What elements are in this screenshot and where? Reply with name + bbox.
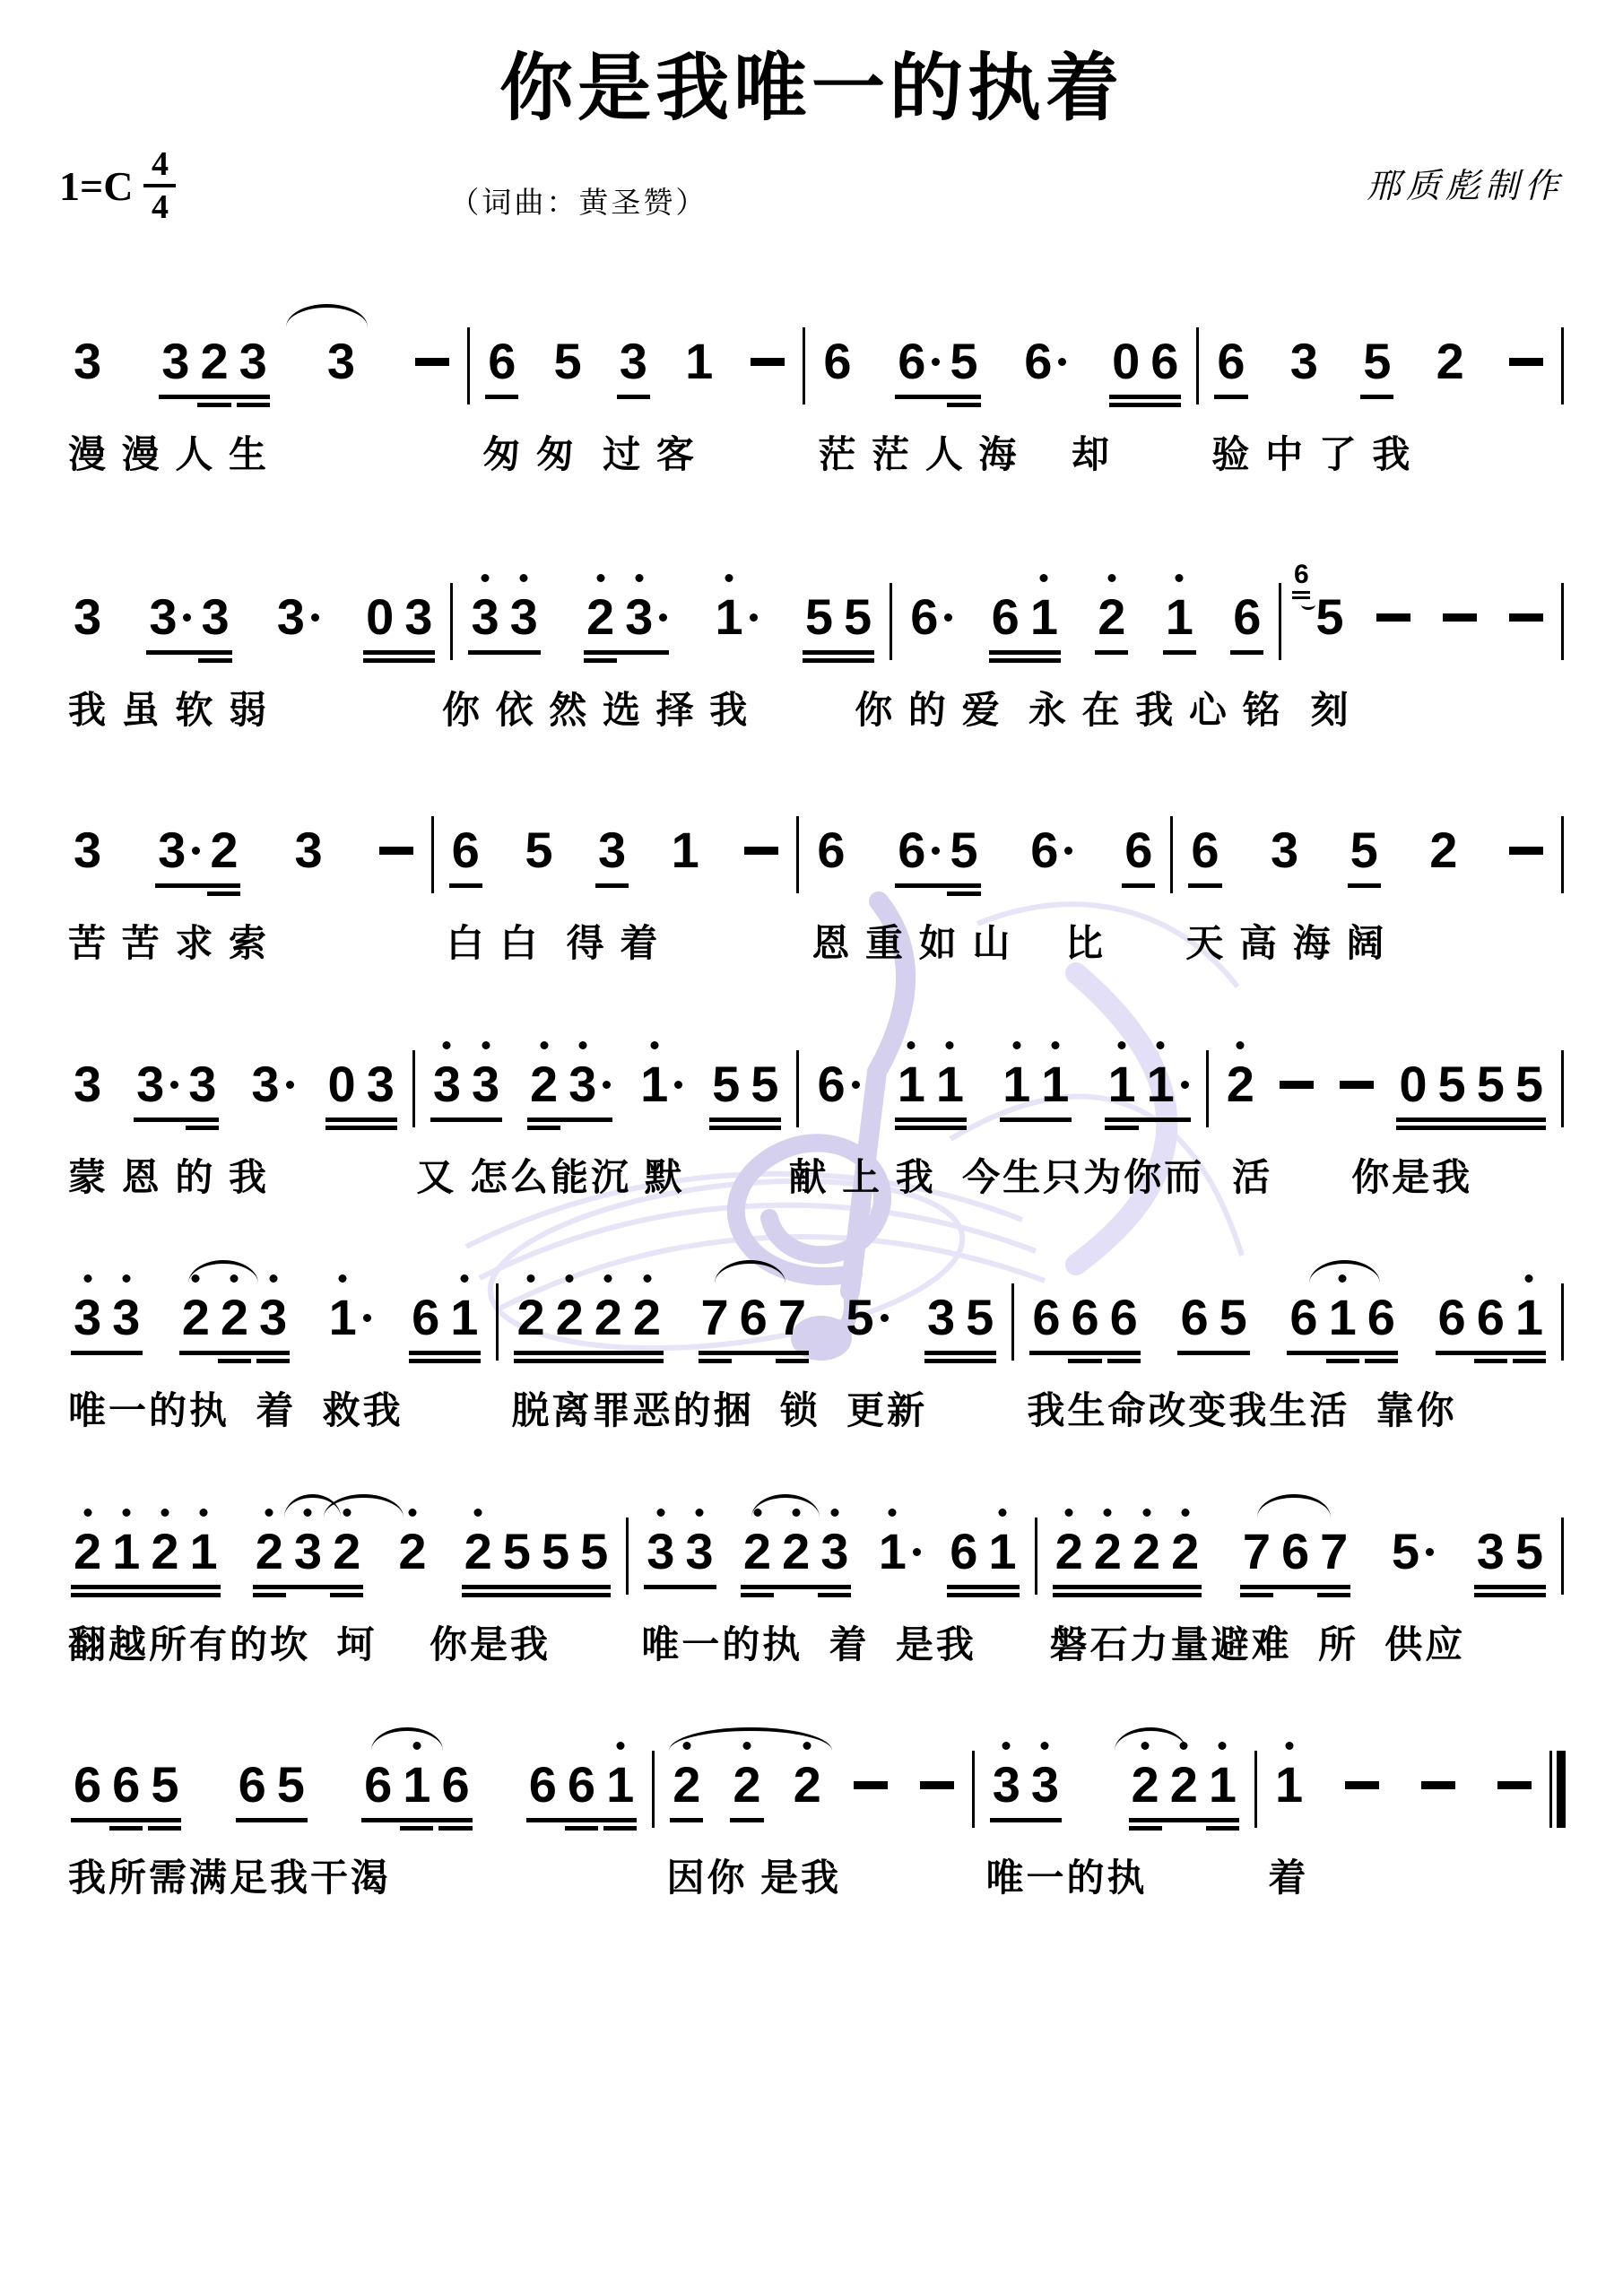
beam-underline <box>1326 1359 1359 1363</box>
beam-underline <box>1360 395 1393 399</box>
beam-group <box>915 1781 959 1833</box>
notation-line: 3323365316656066352漫 漫 人 生匆 匆 过 客茫 茫 人 海… <box>57 327 1566 479</box>
beam-underline <box>709 1126 781 1130</box>
note: 1 <box>666 822 705 879</box>
barline <box>1561 1283 1564 1361</box>
beam-group <box>1274 1081 1319 1133</box>
lyrics-text: 我 虽 软 弱 <box>57 687 425 735</box>
note: 3 <box>246 1056 284 1113</box>
beam-group: 0555 <box>1393 1056 1549 1133</box>
augmentation-dot <box>1064 847 1072 855</box>
beam-underline <box>1188 883 1221 888</box>
note: 5 <box>519 822 558 879</box>
beam-group: 23 <box>581 588 672 665</box>
beam-underline <box>947 1593 1019 1597</box>
beam-underline <box>71 1593 221 1597</box>
measure: 33223161 <box>630 1523 1032 1600</box>
note: 5 <box>272 1756 310 1813</box>
notation-line: 33236531665666352苦 苦 求 索白 白 得 着恩 重 如 山 比… <box>57 816 1566 968</box>
barline-spacer <box>1217 1154 1219 1202</box>
beam-group: 5 <box>549 333 587 410</box>
beam-group: 3 <box>68 588 107 665</box>
meter-denominator: 4 <box>152 190 169 224</box>
note: 7 <box>1315 1523 1353 1580</box>
octave-dot <box>1107 574 1115 582</box>
octave-dot <box>540 1041 548 1049</box>
beam-group: 2222 <box>511 1289 666 1366</box>
note: 2 <box>1126 1756 1165 1813</box>
barline <box>652 1751 655 1828</box>
note: 5 <box>498 1523 536 1580</box>
octave-dot <box>656 1509 664 1517</box>
beam-group: 3 <box>246 1056 298 1133</box>
barline <box>467 327 470 404</box>
augmentation-dot <box>674 1081 682 1089</box>
beam-group: 61 <box>406 1289 483 1366</box>
octave-dot <box>999 1509 1007 1517</box>
barline-spacer <box>431 920 434 968</box>
measure: 3323 <box>57 822 430 899</box>
octave-dot <box>1285 1742 1293 1750</box>
beam-underline <box>1163 650 1196 655</box>
beam-underline <box>1109 395 1181 399</box>
beam-group: 1 <box>1270 1756 1308 1833</box>
beam-group: 32 <box>152 822 243 899</box>
notes-row: 212123222555332231612222767535 <box>57 1518 1566 1600</box>
note: 2 <box>393 1523 431 1580</box>
note: 5 <box>1358 333 1396 390</box>
note: 2 <box>1089 1523 1127 1580</box>
note: 3 <box>987 1756 1026 1813</box>
beam-group: 3 <box>68 333 107 410</box>
beam-group: 5 <box>1345 822 1384 899</box>
measure: 661216 <box>894 588 1277 665</box>
barline <box>890 583 892 660</box>
beam-group: 1 <box>324 1289 376 1366</box>
note: 0 <box>323 1056 361 1113</box>
key-label: 1=C <box>59 162 133 210</box>
beam-underline <box>330 1593 363 1597</box>
beam-underline <box>363 650 435 655</box>
beam-group: 2 <box>393 1523 431 1600</box>
note: 6 <box>482 333 521 390</box>
measure: 66566 <box>801 822 1168 899</box>
note: 7 <box>696 1289 734 1346</box>
note: 6 <box>1471 1289 1510 1346</box>
notation-line: 33223161222276753566665616661唯一的执 着 救我脱离… <box>57 1283 1566 1435</box>
note: 6 <box>1185 822 1224 879</box>
measure: 20555 <box>1211 1056 1559 1133</box>
beam-underline <box>803 650 874 655</box>
beam-group: 2555 <box>459 1523 614 1600</box>
octave-dot <box>889 1509 897 1517</box>
notation-line: 212123222555332231612222767535翻越所有的坎 坷 你… <box>57 1518 1566 1669</box>
lyrics-text: 你 依 然 选 择 我 <box>431 687 838 735</box>
note: 6 <box>818 333 856 390</box>
beam-underline <box>186 1126 219 1130</box>
note: 6 <box>406 1289 445 1346</box>
note: 5 <box>840 1289 879 1346</box>
augmentation-dot <box>1058 358 1066 366</box>
beam-group: 6 <box>447 822 485 899</box>
lyrics-text: 你 的 爱 永 在 我 心 铭 <box>844 687 1293 735</box>
note: 6 <box>1175 1289 1213 1346</box>
beam-underline <box>363 658 435 663</box>
beam-group: 2 <box>1431 333 1470 410</box>
barline-spacer <box>1561 1154 1564 1202</box>
beam-group: 767 <box>1237 1523 1353 1600</box>
note: 5 <box>745 1056 784 1113</box>
beam-group: 61 <box>986 588 1063 665</box>
beam-group: 3 <box>68 1056 107 1133</box>
beam-group: 665 <box>68 1756 184 1833</box>
note: 5 <box>838 588 877 646</box>
note: 2 <box>215 1289 254 1346</box>
beam-underline <box>462 1585 612 1589</box>
barline <box>796 816 799 893</box>
note: 5 <box>944 333 983 390</box>
octave-dot <box>520 574 528 582</box>
octave-dot <box>1237 1041 1245 1049</box>
note: 5 <box>1471 1056 1510 1113</box>
grace-digit: 6 <box>1294 561 1309 588</box>
measure: 65 <box>1283 561 1559 665</box>
final-barline-thin <box>1549 1751 1552 1828</box>
note: 6 <box>1019 333 1057 390</box>
barline <box>796 1050 799 1127</box>
octave-dot <box>635 574 643 582</box>
note: 1 <box>680 333 718 390</box>
beam-group: 11 <box>997 1056 1074 1133</box>
beam-group <box>1504 358 1549 410</box>
beam-group: 11 <box>1102 1056 1193 1133</box>
barline <box>1561 1050 1564 1127</box>
notation-score: 3323365316656066352漫 漫 人 生匆 匆 过 客茫 茫 人 海… <box>57 327 1566 1902</box>
maker-credit: 邢质彪制作 <box>1367 158 1564 207</box>
beam-group: 33 <box>987 1756 1064 1833</box>
octave-dot <box>1040 574 1048 582</box>
beam-underline <box>71 1818 181 1822</box>
barline <box>1561 1518 1564 1595</box>
note: 3 <box>183 1056 221 1113</box>
note: 3 <box>68 822 107 879</box>
beam-group: 65 <box>1294 561 1349 665</box>
note: 3 <box>620 588 658 646</box>
beam-group: 767 <box>696 1289 811 1366</box>
beam-group: 3 <box>1265 822 1304 899</box>
measure: 1 <box>1259 1756 1548 1833</box>
augmentation-dot <box>363 1314 371 1322</box>
note: 6 <box>1145 333 1184 390</box>
beam-underline <box>1206 1826 1239 1831</box>
beam-group: 35 <box>922 1289 999 1366</box>
beam-underline <box>924 1351 996 1355</box>
barline <box>1196 327 1199 404</box>
measure: 212123222555 <box>57 1523 624 1600</box>
beam-group: 2121 <box>68 1523 223 1600</box>
note: 2 <box>68 1523 107 1580</box>
note: 2 <box>1127 1523 1166 1580</box>
beam-underline <box>1053 1585 1202 1589</box>
note: 6 <box>524 1756 562 1813</box>
octave-dot <box>566 1274 574 1283</box>
beam-underline <box>514 1351 664 1355</box>
beam-underline <box>895 395 980 399</box>
barline-spacer <box>1561 1387 1564 1435</box>
beam-underline <box>438 1826 472 1831</box>
note: 1 <box>601 1756 639 1813</box>
lyrics-line: 唯一的执 着 救我脱离罪恶的捆 锁 更新我生命改变我生活 靠你 <box>57 1387 1566 1435</box>
note: 0 <box>1107 333 1145 390</box>
beam-group: 2 <box>1424 822 1462 899</box>
note: 1 <box>1510 1289 1549 1346</box>
barline <box>1170 816 1173 893</box>
beam-group: 33 <box>68 1289 145 1366</box>
lyrics-line: 我 虽 软 弱你 依 然 选 择 我你 的 爱 永 在 我 心 铭刻 <box>57 687 1566 735</box>
beam-underline <box>218 1359 251 1363</box>
note: 3 <box>1265 822 1304 879</box>
note: 6 <box>1025 822 1063 879</box>
note: 6 <box>1276 1523 1315 1580</box>
note: 5 <box>1310 588 1349 646</box>
dash-note <box>1509 358 1543 366</box>
beam-underline <box>148 1826 181 1831</box>
augmentation-dot <box>1426 1548 1434 1556</box>
beam-group <box>1416 1781 1461 1833</box>
lyrics-text: 我所需满足我干渴 <box>57 1855 649 1902</box>
dash-note <box>1340 1081 1374 1089</box>
beam-group: 2 <box>667 1756 706 1833</box>
note: 5 <box>800 588 838 646</box>
octave-dot <box>200 1509 208 1517</box>
barline <box>1561 327 1564 404</box>
beam-underline <box>895 883 980 888</box>
barline-spacer <box>1170 920 1173 968</box>
note: 3 <box>465 588 504 646</box>
octave-dot <box>527 1274 535 1283</box>
beam-underline <box>818 1593 851 1597</box>
beam-underline <box>730 1818 763 1822</box>
dash-note <box>1376 613 1410 622</box>
lyrics-text: 天 高 海 阔 <box>1175 920 1559 968</box>
barline <box>431 816 434 893</box>
dash-note <box>751 358 785 366</box>
beam-underline <box>699 1351 809 1355</box>
dash-note <box>854 1781 888 1789</box>
beam-underline <box>803 658 874 663</box>
beam-group: 6 <box>1185 822 1224 899</box>
beam-group: 23 <box>525 1056 615 1133</box>
lyrics-text: 恩 重 如 山 比 <box>801 920 1168 968</box>
beam-underline <box>146 650 231 655</box>
octave-dot <box>482 574 490 582</box>
beam-underline <box>71 1585 221 1589</box>
notation-line: 333303332315566121665我 虽 软 弱你 依 然 选 择 我你… <box>57 561 1566 735</box>
note: 3 <box>922 1289 960 1346</box>
note: 3 <box>1026 1756 1064 1813</box>
beam-group: 3 <box>272 588 324 665</box>
dash-note <box>1280 1081 1314 1089</box>
note: 2 <box>581 588 620 646</box>
beam-underline <box>253 1585 363 1589</box>
note: 2 <box>1165 1756 1203 1813</box>
barline <box>496 1283 499 1361</box>
key-signature: 1=C 4 4 <box>59 147 176 224</box>
note: 5 <box>1386 1523 1425 1580</box>
note: 3 <box>195 588 234 646</box>
lyrics-line: 我所需满足我干渴因你 是我唯一的执着 <box>57 1855 1566 1902</box>
slur-arc <box>188 1260 258 1283</box>
lyrics-text: 着 <box>1257 1855 1546 1902</box>
lyrics-text: 苦 苦 求 索 <box>57 920 430 968</box>
beam-group: 33 <box>641 1523 718 1600</box>
beam-underline <box>947 403 980 407</box>
beam-underline <box>709 1118 781 1122</box>
slur-arc <box>669 1727 832 1751</box>
final-barline <box>1549 1751 1566 1828</box>
note: 6 <box>1433 1289 1471 1346</box>
note: 3 <box>254 1289 292 1346</box>
notes-row: 66565616661222332211 <box>57 1751 1566 1833</box>
song-title: 你是我唯一的执着 <box>57 0 1566 131</box>
beam-group: 616 <box>359 1756 474 1833</box>
beam-underline <box>325 1118 397 1122</box>
augmentation-dot <box>932 847 940 855</box>
beam-group: 616 <box>1284 1289 1400 1366</box>
slur-arc <box>1257 1494 1330 1518</box>
beam-underline <box>1109 403 1181 407</box>
note: 3 <box>466 1056 505 1113</box>
lyrics-text: 匆 匆 过 客 <box>472 431 801 479</box>
note: 3 <box>156 333 195 390</box>
beam-underline <box>1396 1126 1546 1130</box>
note: 1 <box>1141 1056 1180 1113</box>
measure: 6531 <box>472 333 801 410</box>
beam-underline <box>198 658 231 663</box>
dash-note <box>920 1781 954 1789</box>
beam-underline <box>409 1351 481 1355</box>
note: 3 <box>289 822 327 879</box>
measure: 66665616661 <box>1016 1289 1559 1366</box>
barline <box>1254 1751 1257 1828</box>
note: 1 <box>873 1523 912 1580</box>
beam-group: 221 <box>1126 1756 1242 1833</box>
note: 6 <box>562 1756 601 1813</box>
octave-dot <box>443 1041 451 1049</box>
notes-row: 33236531665666352 <box>57 816 1566 899</box>
augmentation-dot <box>750 613 758 622</box>
note: 1 <box>184 1523 222 1580</box>
note: 3 <box>815 1523 854 1580</box>
measure: 33221 <box>976 1756 1253 1833</box>
barline-spacer <box>496 1387 499 1435</box>
measure: 33223161 <box>57 1289 494 1366</box>
augmentation-dot <box>881 1314 889 1322</box>
beam-underline <box>741 1593 774 1597</box>
beam-underline <box>1214 395 1247 399</box>
augmentation-dot <box>944 613 952 622</box>
note: 3 <box>361 1056 400 1113</box>
note: 6 <box>1105 1289 1143 1346</box>
dash-note <box>1345 1781 1379 1789</box>
note: 5 <box>960 1289 999 1346</box>
beam-underline <box>109 1826 143 1831</box>
note: 3 <box>641 1523 680 1580</box>
beam-group: 661 <box>524 1756 639 1833</box>
beam-group: 6 <box>905 588 957 665</box>
augmentation-dot <box>603 1081 611 1089</box>
measure: 2222767535 <box>500 1289 1010 1366</box>
barline-spacer <box>1561 920 1564 968</box>
augmentation-dot <box>932 358 940 366</box>
beam-group <box>848 1781 893 1833</box>
beam-group: 55 <box>800 588 877 665</box>
beam-group: 661 <box>1433 1289 1549 1366</box>
barline-spacer <box>1548 1855 1564 1902</box>
octave-dot <box>339 1274 347 1283</box>
beam-group: 6 <box>818 333 856 410</box>
octave-dot <box>269 1274 277 1283</box>
beam-group: 5 <box>519 822 558 899</box>
beam-underline <box>400 1826 433 1831</box>
beam-underline <box>159 395 269 399</box>
lyrics-line: 苦 苦 求 索白 白 得 着恩 重 如 山 比天 高 海 阔 <box>57 920 1566 968</box>
beam-underline <box>1287 1351 1397 1355</box>
note: 6 <box>68 1756 107 1813</box>
note: 3 <box>152 822 191 879</box>
barline <box>626 1518 629 1595</box>
note: 3 <box>272 588 310 646</box>
beam-group: 33 <box>465 588 542 665</box>
beam-underline <box>325 1126 397 1130</box>
note: 1 <box>1160 588 1199 646</box>
beam-group: 232 <box>250 1523 366 1600</box>
beam-underline <box>895 1126 967 1130</box>
beam-underline <box>947 1585 1019 1589</box>
augmentation-dot <box>192 847 200 855</box>
augmentation-dot <box>183 613 191 622</box>
beam-group: 1 <box>680 333 718 410</box>
beam-group: 5 <box>1358 333 1396 410</box>
beam-group: 6 <box>482 333 521 410</box>
beam-group: 06 <box>1107 333 1184 410</box>
note: 1 <box>1025 588 1063 646</box>
octave-dot <box>830 1509 838 1517</box>
beam-group: 1 <box>1160 588 1199 665</box>
lyrics-text: 我生命改变我生活 靠你 <box>1016 1387 1559 1435</box>
note: 5 <box>707 1056 745 1113</box>
measure: 333303 <box>57 1056 411 1133</box>
lyrics-text: 蒙 恩 的 我 <box>57 1154 399 1202</box>
barline-spacer <box>971 1855 974 1902</box>
note: 3 <box>399 588 438 646</box>
beam-underline <box>1436 1351 1546 1355</box>
beam-underline <box>237 403 270 407</box>
composer-credit: （词曲：黄圣赞） <box>449 179 707 222</box>
octave-dot <box>604 1274 612 1283</box>
octave-dot <box>1041 1742 1049 1750</box>
beam-group: 6 <box>811 1056 864 1133</box>
note: 1 <box>931 1056 969 1113</box>
beam-underline <box>134 1118 219 1122</box>
note: 2 <box>525 1056 563 1113</box>
lyrics-line: 蒙 恩 的 我又 怎么能沉 默献 上 我 今生只为你而活 你是我 <box>57 1154 1566 1202</box>
beam-group: 03 <box>323 1056 400 1133</box>
beam-group: 3 <box>1285 333 1324 410</box>
beam-group: 33 <box>131 1056 221 1133</box>
dash-note <box>1421 1781 1455 1789</box>
beam-underline <box>1122 883 1155 888</box>
